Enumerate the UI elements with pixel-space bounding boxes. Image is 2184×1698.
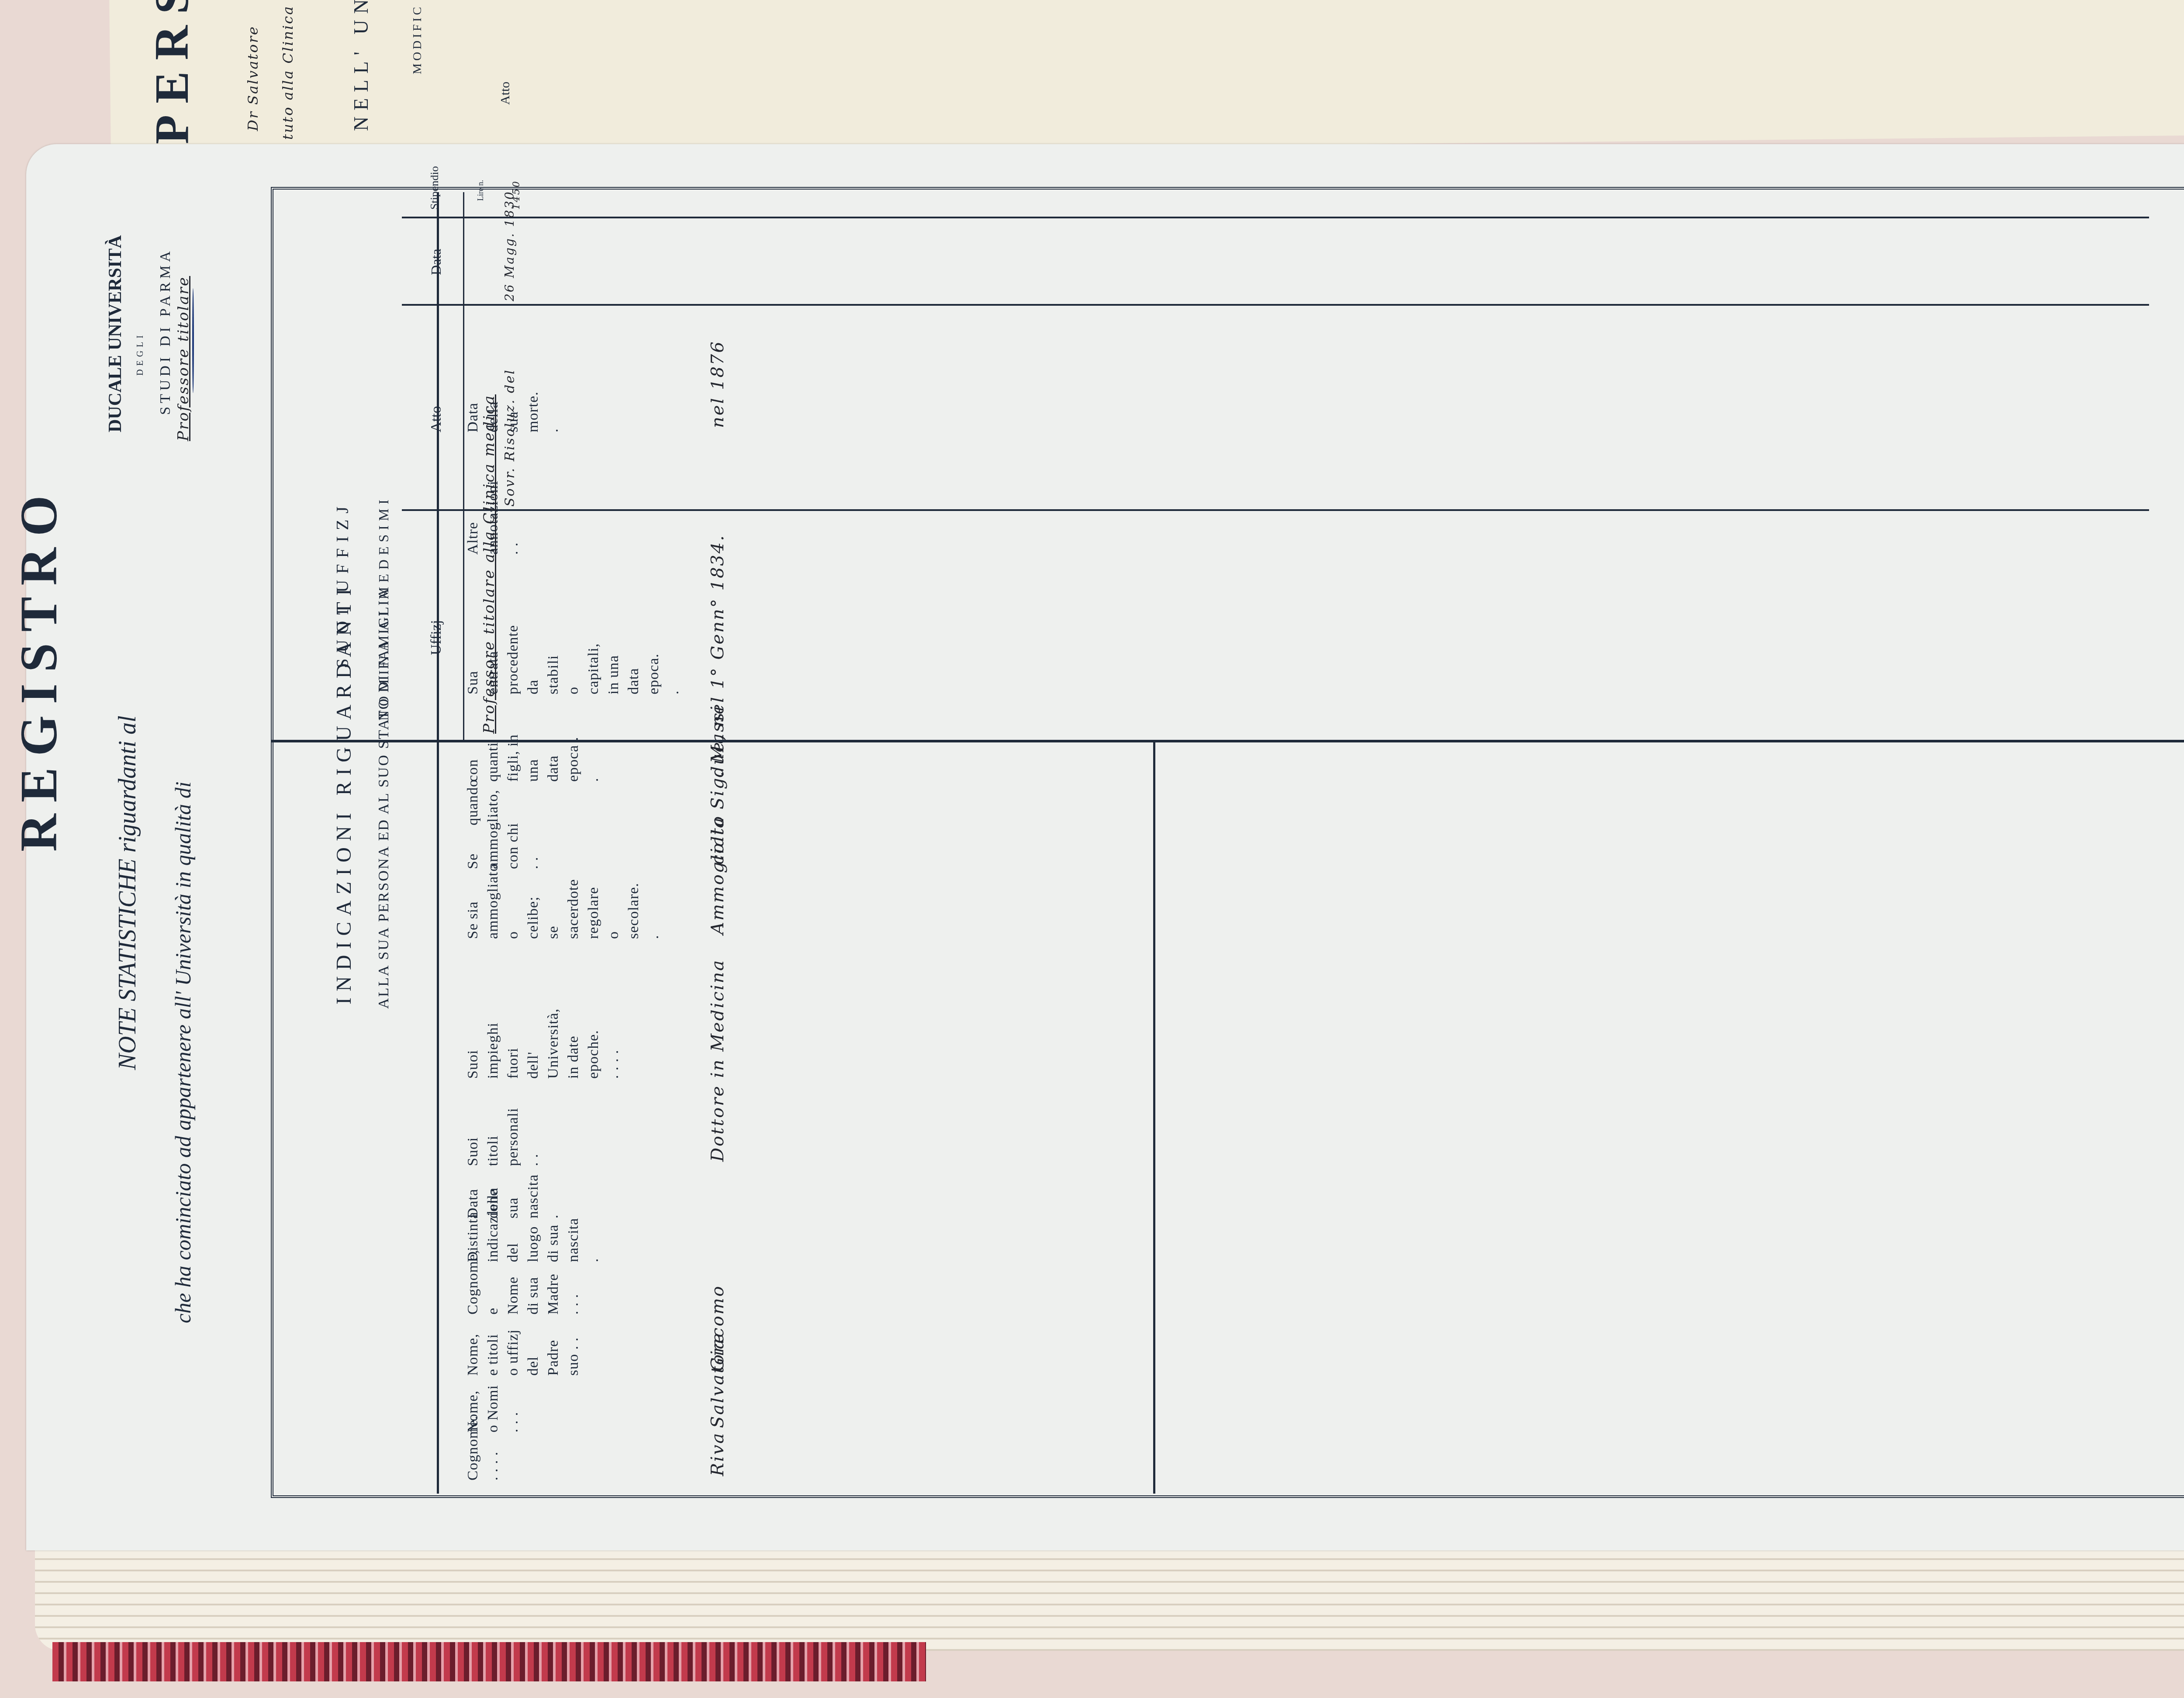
institution-name: DUCALE UNIVERSITÀ bbox=[105, 235, 126, 432]
row-label: Cognome. . . . . bbox=[463, 1432, 503, 1481]
register-subtitle-1: NOTE STATISTICHE riguardanti al bbox=[114, 715, 142, 1070]
stipendio-unit: Lire n. bbox=[476, 180, 485, 201]
row-value: Giacomo bbox=[708, 1285, 728, 1371]
row-label: quando . . bbox=[463, 777, 503, 825]
section-divider bbox=[437, 192, 439, 1494]
entry-stipendio: 1450 bbox=[511, 180, 522, 210]
col-sep-atto bbox=[402, 509, 2149, 511]
register-title: REGISTRO bbox=[9, 484, 69, 852]
entry-atto: Sovr. Risoluz. del bbox=[502, 369, 518, 507]
entry-uffizj: Professore titolare alla Clinica medica bbox=[480, 394, 498, 734]
row-label: Data della sua nascita . bbox=[463, 1170, 563, 1218]
facing-page-title: PERSO bbox=[144, 0, 200, 144]
row-label: Se ammogliato, con chi . . bbox=[463, 821, 543, 869]
facing-column-atto: Atto bbox=[498, 82, 513, 105]
row-label: Suoi impieghi fuori dell' Università, in… bbox=[463, 1031, 624, 1079]
facing-section-heading: NELL' UN bbox=[349, 0, 373, 131]
row-value: Riva bbox=[708, 1432, 728, 1476]
institution-degli: DEGLI bbox=[135, 332, 145, 376]
left-right-divider bbox=[1153, 742, 1155, 1494]
column-uffizj: Uffizj bbox=[428, 620, 445, 655]
register-subtitle-2: che ha cominciato ad appartenere all' Un… bbox=[170, 781, 196, 1323]
col-sep-data bbox=[402, 304, 2149, 306]
row-label: Nome, o Nomi . . . bbox=[463, 1384, 523, 1432]
column-stipendio: Stipendio bbox=[428, 166, 441, 210]
page-edges bbox=[35, 1537, 2184, 1651]
row-label: Nome, e titoli o uffizj del Padre suo . … bbox=[463, 1328, 584, 1376]
register-page: DUCALE UNIVERSITÀ DEGLI STUDI DI PARMA R… bbox=[26, 144, 2184, 1550]
facing-handwritten-1: Dr Salvatore bbox=[245, 25, 261, 131]
col-sep-stipendio bbox=[402, 217, 2149, 218]
rotated-document: DUCALE UNIVERSITÀ DEGLI STUDI DI PARMA R… bbox=[26, 144, 2184, 1550]
row-value: nel 1876 bbox=[708, 340, 728, 428]
row-label: Suoi titoli personali . . bbox=[463, 1118, 543, 1166]
column-data: Data bbox=[428, 249, 444, 275]
institution-city: STUDI DI PARMA bbox=[157, 248, 174, 415]
row-label: Se sia ammogliato o celibe; se sacerdote… bbox=[463, 891, 664, 939]
facing-section-subheading: MODIFIC bbox=[411, 4, 425, 74]
ornament-rule bbox=[192, 288, 194, 393]
row-value: Dottore in Medicina bbox=[708, 959, 728, 1162]
row-label: Cognome, e Nome di sua Madre . . . bbox=[463, 1267, 584, 1315]
right-header-divider bbox=[463, 192, 464, 742]
right-section-subheading: NOMINA AI MEDESIMI bbox=[376, 495, 392, 721]
section-separator bbox=[271, 740, 2184, 742]
column-atto: Atto bbox=[428, 406, 445, 432]
handwritten-role: Professore titolare bbox=[175, 276, 192, 441]
facing-handwritten-2: tuto alla Clinica bbox=[280, 5, 296, 140]
book-binding bbox=[52, 1642, 926, 1681]
right-section-heading: SUOI UFFIZJ bbox=[332, 500, 352, 668]
row-label: Distinta indicazione del luogo di sua na… bbox=[463, 1214, 604, 1262]
